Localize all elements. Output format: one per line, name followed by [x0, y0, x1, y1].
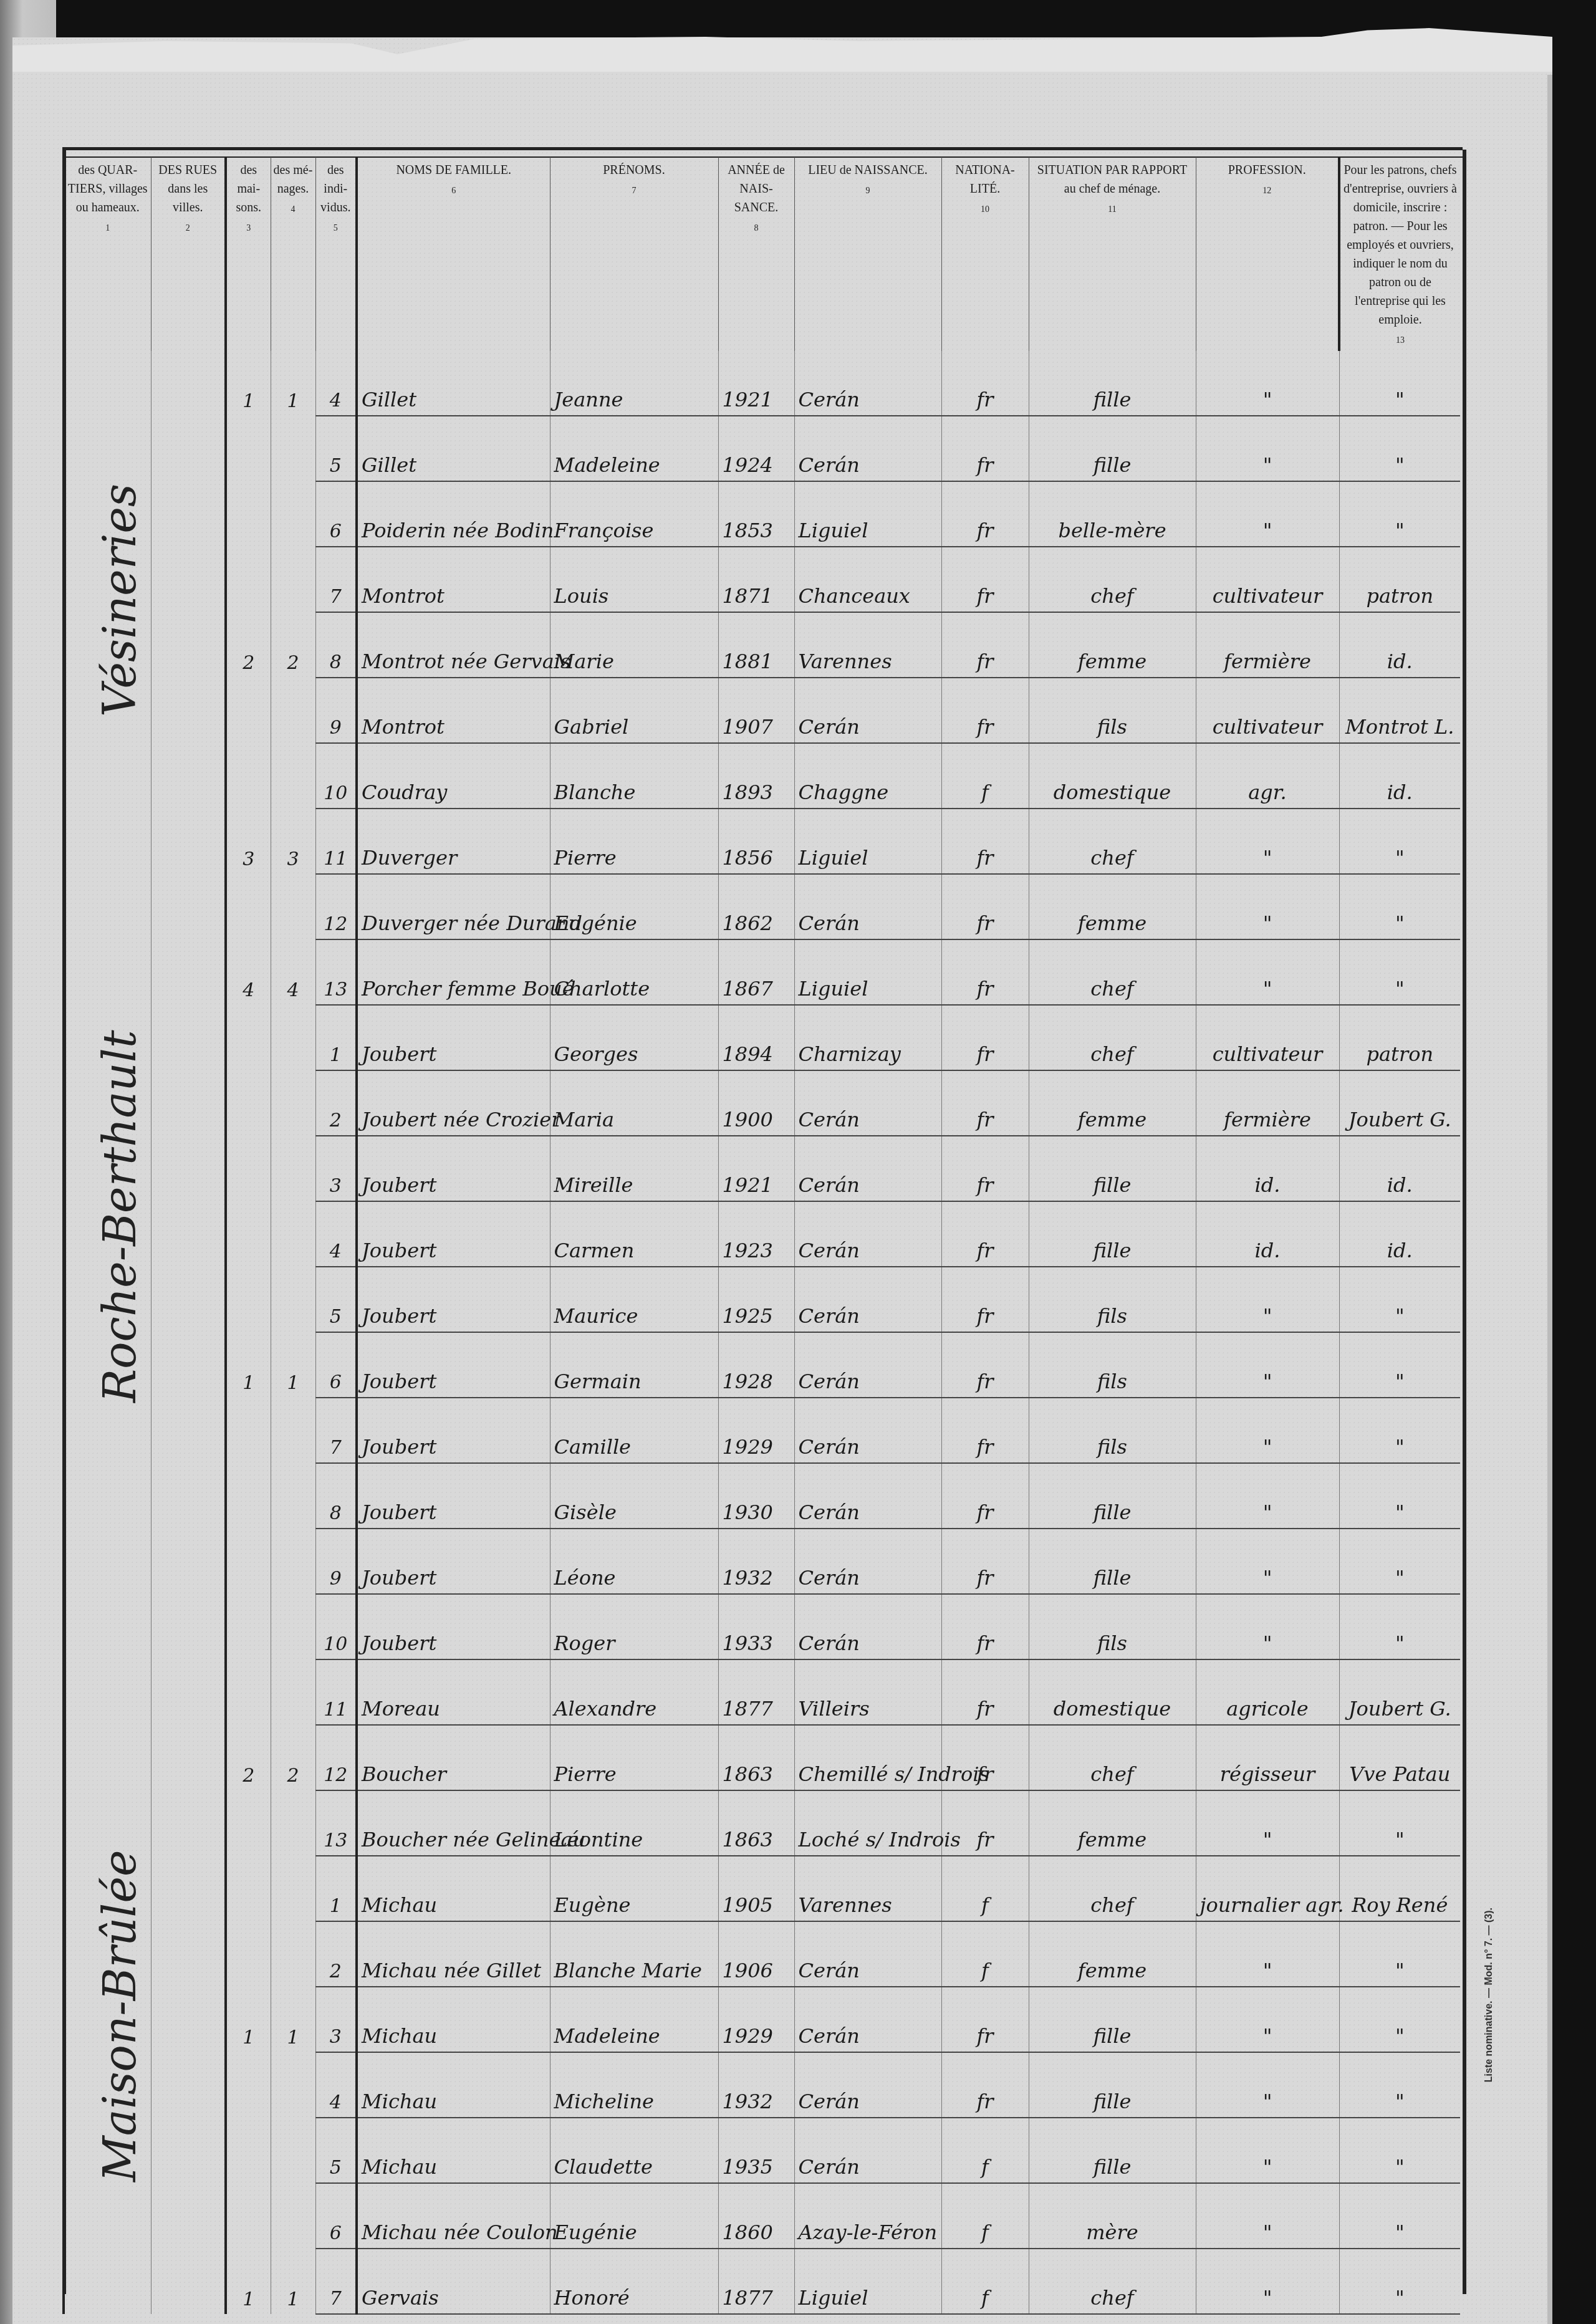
cell-annee: 1900: [718, 1070, 794, 1136]
cell-prenom: Georges: [550, 1005, 718, 1070]
cell-annee: 1863: [718, 1725, 794, 1790]
column-number: 5: [319, 222, 353, 235]
cell-profession: ": [1196, 1463, 1339, 1529]
column-header-patron: Pour les patrons, chefs d'entreprise, ou…: [1339, 157, 1460, 351]
cell-ind: 12: [315, 1725, 357, 1790]
cell-menage: [271, 1463, 315, 1529]
cell-situation: chef: [1029, 1856, 1196, 1921]
cell-annee: 1933: [718, 1594, 794, 1659]
cell-menage: [271, 1136, 315, 1201]
cell-annee: 1932: [718, 2052, 794, 2118]
cell-nom: Montrot née Gervais: [357, 612, 550, 678]
cell-lieu: Cerán: [794, 1529, 941, 1594]
table-row: 8JoubertGisèle1930Ceránfrfille"": [64, 1463, 1460, 1529]
cell-nom: Gillet: [357, 416, 550, 481]
cell-profession: ": [1196, 481, 1339, 547]
cell-nom: Michau: [357, 1987, 550, 2052]
table-row: 114GilletJeanne1921Ceránfrfille"": [64, 351, 1460, 416]
column-number: 4: [274, 203, 313, 216]
cell-ind: 11: [315, 809, 357, 874]
cell-nom: Michau née Gillet: [357, 1921, 550, 1987]
cell-ind: 4: [315, 351, 357, 416]
cell-rue: [151, 2183, 226, 2249]
cell-annee: 1930: [718, 1463, 794, 1529]
column-header-label: Pour les patrons, chefs d'entreprise, ou…: [1344, 163, 1457, 327]
cell-maison: [226, 1136, 271, 1201]
column-header-label: des mai- sons.: [236, 163, 261, 214]
cell-annee: 1856: [718, 809, 794, 874]
cell-nat: f: [941, 2249, 1029, 2314]
cell-maison: 2: [226, 612, 271, 678]
cell-nat: f: [941, 1856, 1029, 1921]
column-header-label: SITUATION PAR RAPPORT au chef de ménage.: [1037, 163, 1187, 196]
cell-situation: fille: [1029, 2052, 1196, 2118]
cell-menage: 1: [271, 1987, 315, 2052]
column-header-label: DES RUES dans les villes.: [158, 163, 217, 214]
table-row: 1MichauEugène1905Varennesfchefjournalier…: [64, 1856, 1460, 1921]
cell-rue: [151, 743, 226, 809]
table-row: 2212BoucherPierre1863Chemillé s/ Indrois…: [64, 1725, 1460, 1790]
column-header-label: des indi- vidus.: [320, 163, 350, 214]
table-row: 116JoubertGermain1928Ceránfrfils"": [64, 1332, 1460, 1398]
cell-nom: Duverger née Durand: [357, 874, 550, 939]
column-header-label: LIEU de NAISSANCE.: [808, 163, 928, 177]
column-header-noms: NOMS DE FAMILLE.6: [357, 157, 550, 351]
table-row: 3JoubertMireille1921Ceránfrfilleid.id.: [64, 1136, 1460, 1201]
cell-patron: ": [1339, 1398, 1460, 1463]
cell-profession: ": [1196, 1987, 1339, 2052]
cell-prenom: Germain: [550, 1332, 718, 1398]
cell-patron: ": [1339, 809, 1460, 874]
cell-situation: chef: [1029, 547, 1196, 612]
cell-situation: fils: [1029, 1332, 1196, 1398]
cell-rue: [151, 1725, 226, 1790]
cell-rue: [151, 612, 226, 678]
cell-patron: Vve Patau: [1339, 1725, 1460, 1790]
cell-patron: Joubert G.: [1339, 1659, 1460, 1725]
cell-menage: 1: [271, 1332, 315, 1398]
cell-maison: [226, 1921, 271, 1987]
cell-lieu: Cerán: [794, 1398, 941, 1463]
cell-nat: fr: [941, 1987, 1029, 2052]
cell-prenom: Madeleine: [550, 1987, 718, 2052]
cell-situation: chef: [1029, 1725, 1196, 1790]
cell-nom: Michau née Coulon: [357, 2183, 550, 2249]
cell-nom: Joubert: [357, 1267, 550, 1332]
column-header-label: NATIONA- LITÉ.: [955, 163, 1015, 196]
cell-patron: ": [1339, 1921, 1460, 1987]
table-row: 2Michau née GilletBlanche Marie1906Cerán…: [64, 1921, 1460, 1987]
cell-maison: [226, 743, 271, 809]
cell-ind: 6: [315, 481, 357, 547]
cell-ind: 1: [315, 1005, 357, 1070]
cell-nom: Boucher: [357, 1725, 550, 1790]
cell-quartier: [64, 2249, 151, 2314]
cell-prenom: Blanche Marie: [550, 1921, 718, 1987]
cell-profession: ": [1196, 1529, 1339, 1594]
cell-patron: Montrot L.: [1339, 678, 1460, 743]
cell-patron: ": [1339, 351, 1460, 416]
cell-lieu: Villeirs: [794, 1659, 941, 1725]
table-row: 6Poiderin née BodinFrançoise1853Liguielf…: [64, 481, 1460, 547]
column-header-nationalite: NATIONA- LITÉ.10: [941, 157, 1029, 351]
cell-nat: fr: [941, 809, 1029, 874]
cell-profession: cultivateur: [1196, 547, 1339, 612]
column-number: 1: [67, 222, 148, 235]
cell-nom: Michau: [357, 2052, 550, 2118]
cell-ind: 7: [315, 2249, 357, 2314]
cell-ind: 11: [315, 1659, 357, 1725]
cell-maison: [226, 1463, 271, 1529]
table-body: 114GilletJeanne1921Ceránfrfille""5Gillet…: [64, 351, 1460, 2314]
cell-nat: fr: [941, 1332, 1029, 1398]
cell-prenom: Léontine: [550, 1790, 718, 1856]
cell-nom: Joubert: [357, 1398, 550, 1463]
cell-patron: ": [1339, 1790, 1460, 1856]
cell-lieu: Azay-le-Féron: [794, 2183, 941, 2249]
cell-quartier: [64, 1725, 151, 1790]
cell-lieu: Cerán: [794, 874, 941, 939]
cell-annee: 1877: [718, 1659, 794, 1725]
cell-ind: 5: [315, 416, 357, 481]
column-header-menages: des mé- nages.4: [271, 157, 315, 351]
cell-lieu: Cerán: [794, 1594, 941, 1659]
cell-quartier: [64, 416, 151, 481]
cell-profession: ": [1196, 2118, 1339, 2183]
cell-situation: fille: [1029, 2118, 1196, 2183]
cell-profession: fermière: [1196, 1070, 1339, 1136]
cell-prenom: Maria: [550, 1070, 718, 1136]
cell-annee: 1906: [718, 1921, 794, 1987]
cell-menage: 1: [271, 2249, 315, 2314]
cell-quartier: [64, 743, 151, 809]
column-number: 9: [797, 185, 939, 198]
cell-lieu: Cerán: [794, 351, 941, 416]
cell-situation: fille: [1029, 351, 1196, 416]
cell-nat: fr: [941, 874, 1029, 939]
cell-maison: 1: [226, 1987, 271, 2052]
cell-nom: Poiderin née Bodin: [357, 481, 550, 547]
cell-prenom: Gisèle: [550, 1463, 718, 1529]
cell-maison: [226, 2052, 271, 2118]
cell-situation: belle-mère: [1029, 481, 1196, 547]
table-row: 11MoreauAlexandre1877Villeirsfrdomestiqu…: [64, 1659, 1460, 1725]
cell-nom: Joubert: [357, 1136, 550, 1201]
cell-lieu: Cerán: [794, 1463, 941, 1529]
cell-rue: [151, 1529, 226, 1594]
census-table: des QUAR- TIERS, villages ou hameaux.1DE…: [62, 157, 1460, 2315]
form-top-rule: [62, 147, 1463, 158]
cell-prenom: Françoise: [550, 481, 718, 547]
cell-menage: [271, 678, 315, 743]
cell-maison: [226, 481, 271, 547]
cell-nat: fr: [941, 1659, 1029, 1725]
cell-nat: f: [941, 2183, 1029, 2249]
column-header-individus: des indi- vidus.5: [315, 157, 357, 351]
cell-lieu: Cerán: [794, 2118, 941, 2183]
cell-situation: fille: [1029, 416, 1196, 481]
scan-background: [1552, 75, 1577, 2324]
column-number: 10: [945, 203, 1026, 216]
cell-menage: [271, 1005, 315, 1070]
cell-nat: fr: [941, 2052, 1029, 2118]
cell-profession: agricole: [1196, 1659, 1339, 1725]
cell-annee: 1921: [718, 351, 794, 416]
table-row: 4413Porcher femme BouéCharlotte1867Ligui…: [64, 939, 1460, 1005]
cell-profession: agr.: [1196, 743, 1339, 809]
cell-profession: ": [1196, 939, 1339, 1005]
cell-patron: patron: [1339, 547, 1460, 612]
cell-nat: fr: [941, 1594, 1029, 1659]
cell-maison: 4: [226, 939, 271, 1005]
cell-nat: fr: [941, 1136, 1029, 1201]
cell-quartier: [64, 1463, 151, 1529]
cell-prenom: Marie: [550, 612, 718, 678]
cell-nom: Joubert: [357, 1005, 550, 1070]
cell-patron: patron: [1339, 1005, 1460, 1070]
cell-ind: 2: [315, 1921, 357, 1987]
cell-annee: 1893: [718, 743, 794, 809]
cell-maison: 1: [226, 1332, 271, 1398]
cell-annee: 1863: [718, 1790, 794, 1856]
cell-lieu: Loché s/ Indrois: [794, 1790, 941, 1856]
cell-menage: [271, 2183, 315, 2249]
cell-patron: ": [1339, 2249, 1460, 2314]
cell-lieu: Cerán: [794, 416, 941, 481]
cell-nat: fr: [941, 1005, 1029, 1070]
cell-prenom: Maurice: [550, 1267, 718, 1332]
cell-lieu: Cerán: [794, 1267, 941, 1332]
cell-menage: [271, 1398, 315, 1463]
cell-lieu: Cerán: [794, 1136, 941, 1201]
cell-patron: ": [1339, 1267, 1460, 1332]
cell-prenom: Camille: [550, 1398, 718, 1463]
cell-nat: fr: [941, 481, 1029, 547]
table-row: 228Montrot née GervaisMarie1881Varennesf…: [64, 612, 1460, 678]
cell-annee: 1877: [718, 2249, 794, 2314]
cell-nom: Porcher femme Boué: [357, 939, 550, 1005]
cell-profession: ": [1196, 416, 1339, 481]
table-row: 5GilletMadeleine1924Ceránfrfille"": [64, 416, 1460, 481]
column-header-label: ANNÉE de NAIS- SANCE.: [728, 163, 785, 214]
cell-annee: 1862: [718, 874, 794, 939]
cell-lieu: Varennes: [794, 612, 941, 678]
cell-prenom: Blanche: [550, 743, 718, 809]
cell-prenom: Jeanne: [550, 351, 718, 416]
cell-annee: 1921: [718, 1136, 794, 1201]
cell-lieu: Cerán: [794, 1987, 941, 2052]
cell-annee: 1905: [718, 1856, 794, 1921]
table-row: 12Duverger née DurandEugénie1862Ceránfrf…: [64, 874, 1460, 939]
table-row: 117GervaisHonoré1877Liguielfchef"": [64, 2249, 1460, 2314]
cell-profession: ": [1196, 1594, 1339, 1659]
cell-nom: Joubert: [357, 1529, 550, 1594]
page-edge: [1547, 75, 1552, 2324]
cell-quartier: [64, 1790, 151, 1856]
column-header-label: NOMS DE FAMILLE.: [396, 163, 511, 177]
cell-ind: 9: [315, 678, 357, 743]
table-row: 5MichauClaudette1935Ceránffille"": [64, 2118, 1460, 2183]
cell-situation: fille: [1029, 1201, 1196, 1267]
cell-nom: Coudray: [357, 743, 550, 809]
cell-prenom: Eugénie: [550, 874, 718, 939]
cell-quartier: [64, 874, 151, 939]
cell-maison: [226, 1790, 271, 1856]
cell-profession: cultivateur: [1196, 1005, 1339, 1070]
cell-annee: 1928: [718, 1332, 794, 1398]
cell-maison: 3: [226, 809, 271, 874]
cell-annee: 1881: [718, 612, 794, 678]
cell-prenom: Louis: [550, 547, 718, 612]
cell-patron: id.: [1339, 1201, 1460, 1267]
cell-prenom: Gabriel: [550, 678, 718, 743]
cell-annee: 1867: [718, 939, 794, 1005]
cell-nat: fr: [941, 547, 1029, 612]
cell-profession: régisseur: [1196, 1725, 1339, 1790]
cell-nat: fr: [941, 939, 1029, 1005]
cell-rue: [151, 809, 226, 874]
cell-patron: ": [1339, 416, 1460, 481]
cell-profession: id.: [1196, 1201, 1339, 1267]
cell-menage: [271, 1856, 315, 1921]
column-number: 13: [1343, 334, 1458, 347]
cell-profession: ": [1196, 2249, 1339, 2314]
cell-profession: ": [1196, 1267, 1339, 1332]
cell-patron: id.: [1339, 743, 1460, 809]
cell-rue: [151, 2118, 226, 2183]
cell-ind: 2: [315, 1070, 357, 1136]
cell-rue: [151, 1790, 226, 1856]
cell-profession: cultivateur: [1196, 678, 1339, 743]
cell-nat: fr: [941, 1267, 1029, 1332]
cell-annee: 1932: [718, 1529, 794, 1594]
cell-menage: 2: [271, 1725, 315, 1790]
cell-prenom: Pierre: [550, 809, 718, 874]
cell-situation: chef: [1029, 2249, 1196, 2314]
table-row: 5JoubertMaurice1925Ceránfrfils"": [64, 1267, 1460, 1332]
cell-ind: 13: [315, 1790, 357, 1856]
cell-lieu: Charnizay: [794, 1005, 941, 1070]
column-header-label: PRÉNOMS.: [603, 163, 665, 177]
cell-lieu: Chanceaux: [794, 547, 941, 612]
column-header-label: PROFESSION.: [1228, 163, 1306, 177]
column-number: 11: [1032, 203, 1193, 216]
cell-ind: 5: [315, 1267, 357, 1332]
cell-rue: [151, 1267, 226, 1332]
cell-annee: 1894: [718, 1005, 794, 1070]
column-header-lieu: LIEU de NAISSANCE.9: [794, 157, 941, 351]
cell-maison: [226, 1529, 271, 1594]
cell-menage: [271, 874, 315, 939]
cell-situation: femme: [1029, 1790, 1196, 1856]
cell-menage: [271, 1790, 315, 1856]
cell-prenom: Léone: [550, 1529, 718, 1594]
cell-nom: Gervais: [357, 2249, 550, 2314]
cell-menage: [271, 416, 315, 481]
table-row: 10CoudrayBlanche1893Chaggnefdomestiqueag…: [64, 743, 1460, 809]
cell-ind: 5: [315, 2118, 357, 2183]
cell-situation: domestique: [1029, 1659, 1196, 1725]
cell-patron: ": [1339, 1529, 1460, 1594]
table-row: 10JoubertRoger1933Ceránfrfils"": [64, 1594, 1460, 1659]
cell-ind: 6: [315, 1332, 357, 1398]
cell-profession: ": [1196, 1398, 1339, 1463]
cell-maison: [226, 874, 271, 939]
cell-lieu: Chemillé s/ Indrois: [794, 1725, 941, 1790]
locality-label-roche-berthault: Roche-Berthault: [94, 1030, 146, 1403]
cell-ind: 1: [315, 1856, 357, 1921]
cell-ind: 9: [315, 1529, 357, 1594]
cell-quartier: [64, 939, 151, 1005]
cell-annee: 1853: [718, 481, 794, 547]
cell-annee: 1871: [718, 547, 794, 612]
cell-menage: [271, 1594, 315, 1659]
cell-menage: [271, 743, 315, 809]
cell-situation: femme: [1029, 1921, 1196, 1987]
cell-lieu: Cerán: [794, 1332, 941, 1398]
column-number: 3: [229, 222, 268, 235]
cell-patron: ": [1339, 2052, 1460, 2118]
cell-nom: Joubert née Crozier: [357, 1070, 550, 1136]
locality-label-vesineries: Vésineries: [94, 484, 146, 717]
cell-maison: 2: [226, 1725, 271, 1790]
cell-lieu: Liguiel: [794, 481, 941, 547]
cell-quartier: [64, 1659, 151, 1725]
cell-quartier: [64, 351, 151, 416]
cell-menage: 4: [271, 939, 315, 1005]
cell-patron: ": [1339, 874, 1460, 939]
cell-prenom: Alexandre: [550, 1659, 718, 1725]
cell-situation: chef: [1029, 1005, 1196, 1070]
cell-situation: fils: [1029, 1594, 1196, 1659]
cell-prenom: Charlotte: [550, 939, 718, 1005]
cell-situation: fils: [1029, 678, 1196, 743]
cell-quartier: [64, 2183, 151, 2249]
cell-maison: 1: [226, 2249, 271, 2314]
cell-nom: Montrot: [357, 678, 550, 743]
cell-ind: 10: [315, 743, 357, 809]
cell-ind: 6: [315, 2183, 357, 2249]
cell-annee: 1929: [718, 1398, 794, 1463]
cell-nom: Joubert: [357, 1201, 550, 1267]
cell-nom: Montrot: [357, 547, 550, 612]
column-header-rues: DES RUES dans les villes.2: [151, 157, 226, 351]
cell-profession: ": [1196, 809, 1339, 874]
cell-lieu: Cerán: [794, 2052, 941, 2118]
cell-maison: [226, 1594, 271, 1659]
cell-ind: 8: [315, 612, 357, 678]
column-number: 7: [553, 185, 716, 198]
table-row: 7MontrotLouis1871Chanceauxfrchefcultivat…: [64, 547, 1460, 612]
cell-situation: fils: [1029, 1267, 1196, 1332]
cell-lieu: Cerán: [794, 1921, 941, 1987]
cell-nom: Duverger: [357, 809, 550, 874]
cell-rue: [151, 1856, 226, 1921]
cell-nat: f: [941, 1921, 1029, 1987]
cell-maison: 1: [226, 351, 271, 416]
cell-rue: [151, 1070, 226, 1136]
cell-profession: id.: [1196, 1136, 1339, 1201]
cell-patron: id.: [1339, 1136, 1460, 1201]
cell-profession: ": [1196, 2183, 1339, 2249]
cell-profession: journalier agr.: [1196, 1856, 1339, 1921]
cell-nat: fr: [941, 416, 1029, 481]
cell-menage: [271, 1070, 315, 1136]
cell-menage: [271, 2118, 315, 2183]
table-row: 1JoubertGeorges1894Charnizayfrchefcultiv…: [64, 1005, 1460, 1070]
column-header-label: des mé- nages.: [274, 163, 313, 196]
cell-situation: chef: [1029, 939, 1196, 1005]
